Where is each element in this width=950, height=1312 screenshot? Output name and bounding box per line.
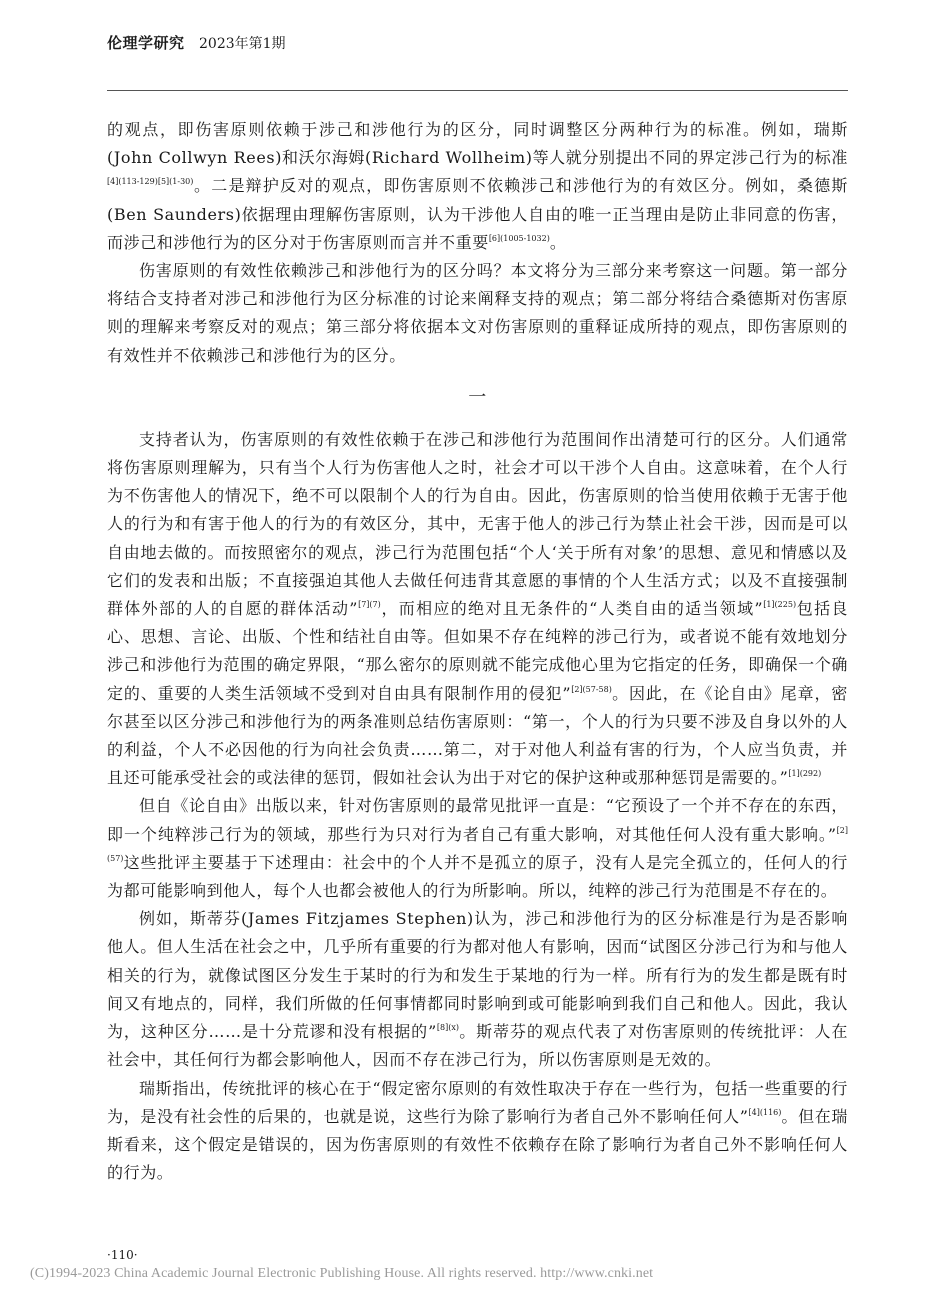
paragraph: 瑞斯指出，传统批评的核心在于“假定密尔原则的有效性取决于存在一些行为，包括一些重… — [107, 1075, 848, 1188]
paragraph: 的观点，即伤害原则依赖于涉己和涉他行为的区分，同时调整区分两种行为的标准。例如，… — [107, 116, 848, 257]
citation-ref: [1](292) — [788, 769, 821, 778]
intro-paragraphs: 的观点，即伤害原则依赖于涉己和涉他行为的区分，同时调整区分两种行为的标准。例如，… — [107, 116, 848, 370]
issue-label: 2023年第1期 — [199, 33, 286, 53]
journal-title: 伦理学研究 — [107, 32, 185, 53]
citation-ref: [8](x) — [437, 1023, 459, 1032]
article-body: 的观点，即伤害原则依赖于涉己和涉他行为的区分，同时调整区分两种行为的标准。例如，… — [107, 116, 848, 1187]
citation-ref: [4](113-129)[5](1-30) — [107, 177, 193, 186]
citation-ref: [2](57) — [107, 826, 848, 863]
section-paragraphs: 支持者认为，伤害原则的有效性依赖于在涉己和涉他行为范围间作出清楚可行的区分。人们… — [107, 426, 848, 1187]
citation-ref: [4](116) — [749, 1108, 782, 1117]
section-heading: 一 — [107, 370, 848, 426]
paragraph: 伤害原则的有效性依赖涉己和涉他行为的区分吗？本文将分为三部分来考察这一问题。第一… — [107, 257, 848, 370]
citation-ref: [1](225) — [763, 600, 796, 609]
paragraph: 支持者认为，伤害原则的有效性依赖于在涉己和涉他行为范围间作出清楚可行的区分。人们… — [107, 426, 848, 793]
paragraph: 例如，斯蒂芬(James Fitzjames Stephen)认为，涉己和涉他行… — [107, 905, 848, 1074]
citation-ref: [6](1005-1032) — [489, 234, 550, 243]
paragraph: 但自《论自由》出版以来，针对伤害原则的最常见批评一直是：“它预设了一个并不存在的… — [107, 792, 848, 905]
citation-ref: [7](7) — [358, 600, 381, 609]
running-header: 伦理学研究 2023年第1期 — [107, 32, 848, 91]
copyright-notice: (C)1994-2023 China Academic Journal Elec… — [30, 1266, 653, 1282]
page-number: ·110· — [107, 1248, 138, 1262]
citation-ref: [2](57-58) — [571, 685, 612, 694]
